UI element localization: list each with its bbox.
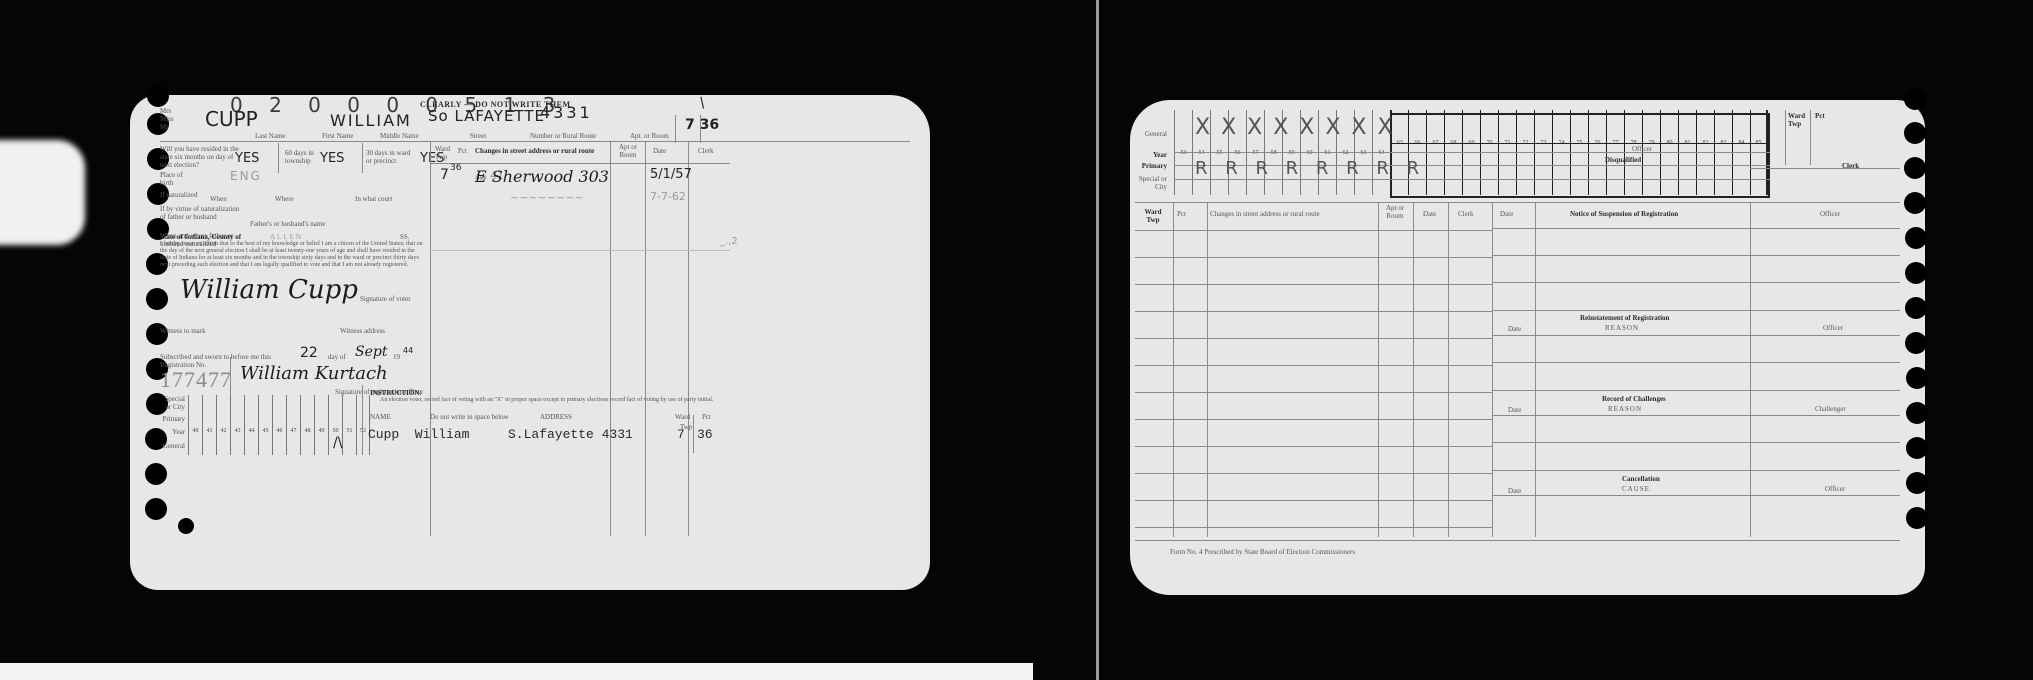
township-question: 60 days in township xyxy=(285,149,320,165)
punch-hole xyxy=(145,498,167,520)
number-label: Number or Rural Route xyxy=(530,132,596,140)
sworn-year: 44 xyxy=(403,346,413,355)
punch-hole xyxy=(1906,367,1928,389)
grid-row-special: Special or City xyxy=(1132,175,1167,191)
cancellation-officer-label: Officer xyxy=(1825,485,1845,493)
changes-header-pct: Pct xyxy=(458,147,467,155)
reinstatement-title: Reinstatement of Registration xyxy=(1580,314,1669,322)
r-changes-header-date: Date xyxy=(1423,210,1436,218)
suspension-date-label: Date xyxy=(1500,210,1513,218)
r-changes-header-clerk: Clerk xyxy=(1458,210,1474,218)
punch-hole xyxy=(146,288,168,310)
grid-row-year: Year xyxy=(160,428,185,436)
voting-grid-box xyxy=(1390,113,1770,198)
township-answer: YES xyxy=(320,151,344,166)
naturalized-when-label: When xyxy=(210,195,227,203)
state-residency-answer: YES xyxy=(235,151,259,166)
registration-number: 177477 xyxy=(160,367,232,393)
punch-hole xyxy=(1905,332,1927,354)
punch-hole xyxy=(1905,262,1927,284)
officer-overlay-label: Officer xyxy=(1632,145,1652,153)
birthplace-label: Place of birth xyxy=(160,171,190,187)
changes-header-date: Date xyxy=(653,147,666,155)
sworn-year-prefix: 19 xyxy=(393,353,400,361)
last-name-value: CUPP xyxy=(205,107,258,131)
changes-header-apt: Apt or Room xyxy=(618,143,638,159)
last-name-label: Last Name xyxy=(255,132,286,140)
punch-hole xyxy=(1904,122,1926,144)
footer-pct-label: Pct xyxy=(702,413,711,421)
apt-label: Apt. or Room xyxy=(630,132,669,140)
street-label: Street xyxy=(470,132,486,140)
voter-signature: William Cupp xyxy=(180,275,358,305)
footer-address-label: ADDRESS xyxy=(540,413,572,421)
r-changes-header-ward: Ward Twp xyxy=(1138,208,1168,224)
punch-hole xyxy=(1906,402,1928,424)
oath-county: ALLEN xyxy=(270,233,303,241)
witness-address-label: Witness address xyxy=(340,327,385,335)
changes-header-ward: Ward Twp xyxy=(435,145,455,161)
change-row-2-date: 7-7-62 xyxy=(650,190,686,203)
oath-text: I hereby swear or affirm that to the bes… xyxy=(160,241,425,269)
punch-hole xyxy=(1906,472,1928,494)
grid-row-general: General xyxy=(160,442,185,450)
naturalized-court-label: In what court xyxy=(355,195,392,203)
do-not-write-label: Do not write in space below xyxy=(430,413,509,421)
oath-ss: SS. xyxy=(400,233,410,241)
grid-row-primary: Primary xyxy=(160,415,185,423)
footer-name-label: NAME xyxy=(370,413,391,421)
ward-pct-mark: 7 36 xyxy=(685,117,719,133)
punch-hole xyxy=(1905,297,1927,319)
punch-hole xyxy=(1906,507,1928,529)
general-vote-mark: /\ xyxy=(333,435,342,451)
form-footer: Form No. 4 Prescribed by State Board of … xyxy=(1170,548,1355,556)
cancellation-date-label: Date xyxy=(1508,487,1521,495)
challenges-title: Record of Challenges xyxy=(1602,395,1666,403)
punch-hole xyxy=(1904,192,1926,214)
r-changes-header-address: Changes in street address or rural route xyxy=(1210,210,1320,218)
ward-twp-label: Ward Twp xyxy=(1788,112,1808,128)
reinstatement-reason-label: REASON xyxy=(1605,324,1639,332)
change-row-2-address: ~~~~~~~~ xyxy=(510,191,584,204)
sworn-month: Sept xyxy=(355,344,387,360)
voting-year-grid: 40 41 42 43 44 45 46 47 48 49 50 51 52 xyxy=(188,395,370,455)
punch-hole xyxy=(1904,157,1926,179)
house-number-value: 4331 xyxy=(540,103,593,122)
check-mark: / xyxy=(696,95,708,111)
changes-header-clerk: Clerk xyxy=(698,147,714,155)
salutation-labels: Mrs Miss Mr xyxy=(160,107,174,131)
blurred-film-tab xyxy=(0,140,85,245)
change-row-1-address: E Sherwood 303 xyxy=(475,167,609,186)
r-changes-header-pct: Pct xyxy=(1177,210,1186,218)
general-vote-marks: X X X X X X X X xyxy=(1195,115,1395,140)
r-changes-header-apt: Apt or Room xyxy=(1380,204,1410,220)
punch-hole xyxy=(1906,437,1928,459)
pct-label: Pct xyxy=(1815,112,1825,120)
parent-naturalization-label: If by virtue of naturalization of father… xyxy=(160,205,240,221)
punch-hole xyxy=(1905,227,1927,249)
registration-card-front: 0 2 0 0 0 0 5 1 3 CLEARLY — DO NOT WRITE… xyxy=(130,95,930,590)
state-residency-question: Will you have resided in the state six m… xyxy=(160,145,245,169)
grid-row-general: General xyxy=(1132,130,1167,138)
middle-name-label: Middle Name xyxy=(380,132,419,140)
punch-hole xyxy=(147,85,169,107)
naturalized-label: If naturalized xyxy=(160,191,198,199)
suspension-title: Notice of Suspension of Registration xyxy=(1570,210,1678,218)
naturalized-where-label: Where xyxy=(275,195,294,203)
instruction-title: INSTRUCTION: xyxy=(370,389,422,397)
challenges-date-label: Date xyxy=(1508,406,1521,414)
typed-twp: Twp xyxy=(680,423,692,431)
instruction-text: An election voter, record fact of voting… xyxy=(380,397,730,404)
birthplace-value: ENG xyxy=(230,169,262,183)
sworn-day: 22 xyxy=(300,345,318,361)
change-row-1-date: 5/1/57 xyxy=(650,167,692,182)
primary-vote-marks: R R R R R R R R xyxy=(1195,158,1425,179)
reinstatement-date-label: Date xyxy=(1508,325,1521,333)
witness-label: Witness to mark xyxy=(160,327,206,335)
ward-residency-question: 30 days in ward or precinct xyxy=(366,149,416,165)
grid-row-special: Special or City xyxy=(160,395,185,411)
grid-row-primary: Primary xyxy=(1132,162,1167,170)
street-value: So LAFAYETTE xyxy=(428,107,545,125)
changes-header-address: Changes in street address or rural route xyxy=(475,147,594,155)
change-row-3-mark: _.,2 xyxy=(720,236,738,247)
typed-pct: 36 xyxy=(697,427,713,442)
punch-hole xyxy=(1904,88,1926,110)
sworn-day-of-label: day of xyxy=(328,353,346,361)
typed-address: S.Lafayette 4331 xyxy=(508,427,633,442)
first-name-value: WILLIAM xyxy=(330,111,412,130)
officer-signature: William Kurtach xyxy=(240,363,388,384)
change-row-1-pct: 36 xyxy=(450,163,461,173)
punch-hole-extra xyxy=(178,518,194,534)
registration-card-back: General Year Primary Special or City 53 … xyxy=(1130,100,1925,595)
first-name-label: First Name xyxy=(322,132,353,140)
film-edge-strip xyxy=(0,663,1033,680)
challenges-reason-label: REASON xyxy=(1608,405,1642,413)
challenges-challenger-label: Challenger xyxy=(1815,405,1846,413)
grid-row-year: Year xyxy=(1132,151,1167,159)
oath-heading: State of Indiana, County of xyxy=(160,233,241,241)
disqualified-label: Disqualified xyxy=(1605,156,1641,164)
sworn-label: Subscribed and sworn to before me this xyxy=(160,353,271,361)
voter-signature-label: Signature of voter xyxy=(360,295,411,303)
punch-hole xyxy=(145,463,167,485)
parent-name-label: Father's or husband's name xyxy=(250,220,325,228)
suspension-officer-label: Officer xyxy=(1820,210,1840,218)
typed-name: Cupp William xyxy=(368,427,469,442)
change-row-1-ward: 7 xyxy=(440,167,449,183)
cancellation-title: Cancellation xyxy=(1622,475,1660,483)
reinstatement-officer-label: Officer xyxy=(1823,324,1843,332)
footer-ward-label: Ward xyxy=(675,413,690,421)
cancellation-cause-label: CAUSE xyxy=(1622,485,1650,493)
frame-divider xyxy=(1096,0,1099,680)
